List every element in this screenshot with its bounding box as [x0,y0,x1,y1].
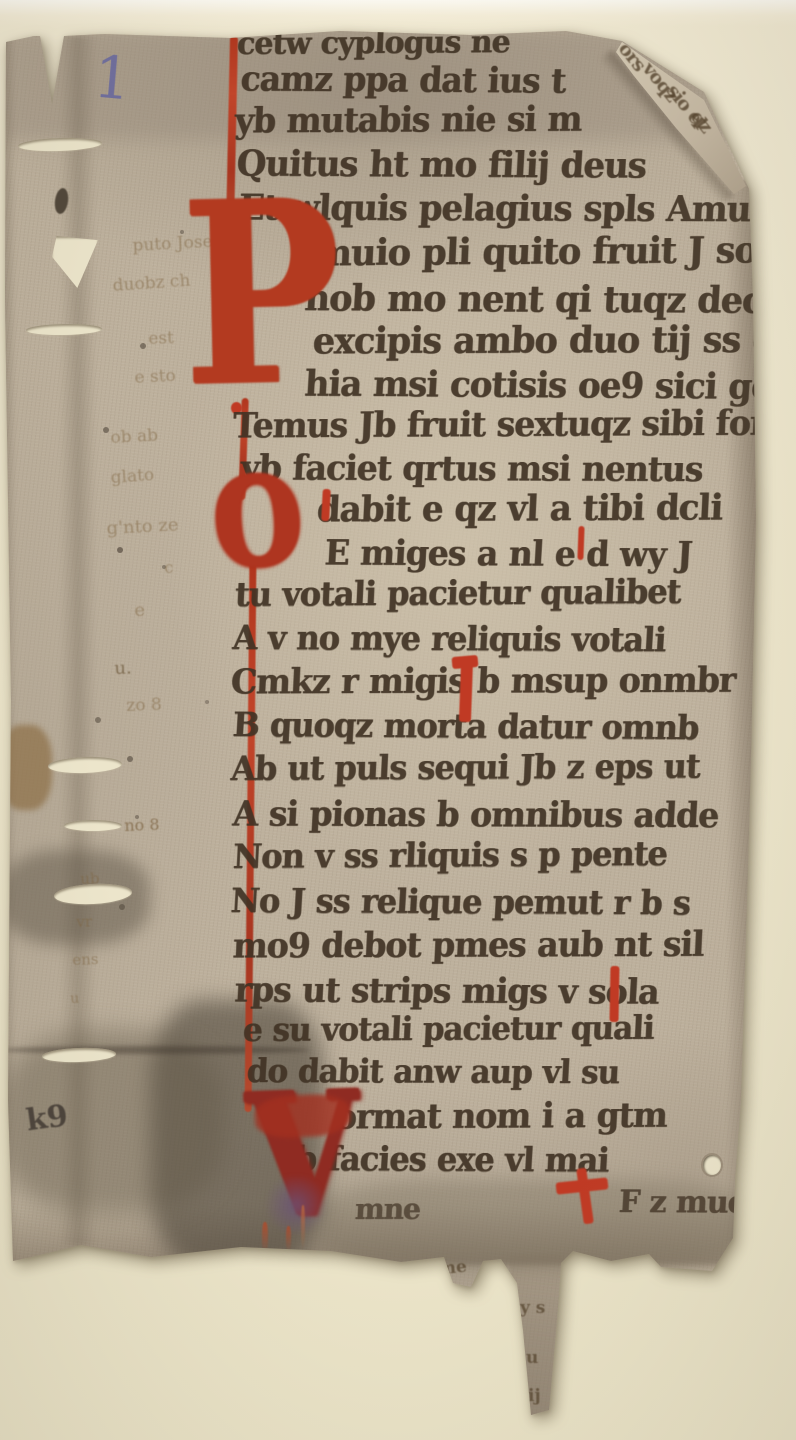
folio-number: 1 [91,43,134,114]
text-line: Non v ss rliquis s p pente [232,834,668,877]
text-line: rps ut strips migs v sola [234,969,660,1012]
stain [0,725,52,810]
margin-note: e [134,600,145,621]
text-line: F z mue [618,1184,747,1221]
margin-note: g'nto ze [106,514,179,539]
text-line: yb faciet qrtus msi nentus [240,447,704,489]
text-line: Cmkz r migis b msup onmbr [230,659,736,701]
margin-note: ens [72,950,99,969]
text-line: ormat nom i a gtm [334,1094,668,1136]
ink-specks [0,0,4,4]
text-line: camz ppa dat ius t [240,58,567,101]
left-crease [60,36,96,1246]
margin-note: c [164,558,174,577]
text-line: E miges a nl e d wy J [324,532,693,574]
sewing-slit [18,137,102,153]
red-paragraph-mark [452,655,479,669]
red-stroke [577,526,584,560]
sewing-slit [42,1047,116,1064]
red-stroke [321,489,331,521]
text-line: No J ss relique pemut r b s [230,881,691,923]
initial-P: P [180,167,343,420]
margin-note: u [70,991,80,1007]
text-line: hob mo nent qi tuqz decet [304,277,796,322]
margin-note: vr [76,912,92,931]
text-line: muio pli quito fruit J sort [314,229,790,275]
text-line: hia msi cotisis oe9 sici gem [304,363,796,408]
margin-note: glato [110,465,155,488]
sewing-slit [64,820,122,831]
dark-hole [53,187,69,215]
sewing-hole [52,236,98,288]
margin-note: duobz ch [112,271,191,296]
initial-O: O [210,460,306,586]
text-line: mne [354,1192,420,1227]
margin-scribble: k9 [24,1098,70,1138]
text-line: A v no mye reliquis votali [232,618,667,660]
text-line: cetw cyplogus ne [236,24,510,62]
strip-text: ij [528,1386,541,1406]
sewing-slit [26,323,102,335]
worm-hole [703,1155,721,1175]
margin-note: ob ab [110,426,159,448]
margin-note: no 8 [124,815,160,835]
manuscript-photo: cetw cyplogus ne camz ppa dat ius t yb m… [0,0,796,1440]
strip-text: me [437,1257,467,1279]
initial-V: V [245,1068,362,1242]
margin-note: est [148,328,174,349]
parchment-fragment: cetw cyplogus ne camz ppa dat ius t yb m… [0,0,796,1440]
red-paragraph-mark [459,660,473,722]
strip-text: y s [520,1298,545,1318]
parchment-shadow-wrap: cetw cyplogus ne camz ppa dat ius t yb m… [0,0,796,1440]
red-stroke [610,966,620,1022]
left-edge-shade [0,36,16,1262]
sewing-slit [54,882,133,906]
margin-note: e sto [134,366,176,388]
margin-note: zo 8 [126,695,162,716]
margin-note: u. [114,657,132,679]
sewing-slit [48,756,123,775]
text-line: dabit e qz vl a tibi dcli [316,487,723,531]
text-line: excipis ambo duo tij ss ett [312,318,796,362]
text-line: A si pionas b omnibus adde [232,793,720,835]
strip-text: u [526,1348,538,1368]
text-line: mo9 debot pmes aub nt sil [232,923,705,965]
text-line: e su votali pacietur quali [242,1010,654,1050]
text-line: yb mutabis nie si m [234,98,582,140]
text-line: Ab ut puls sequi Jb z eps ut [230,747,701,789]
